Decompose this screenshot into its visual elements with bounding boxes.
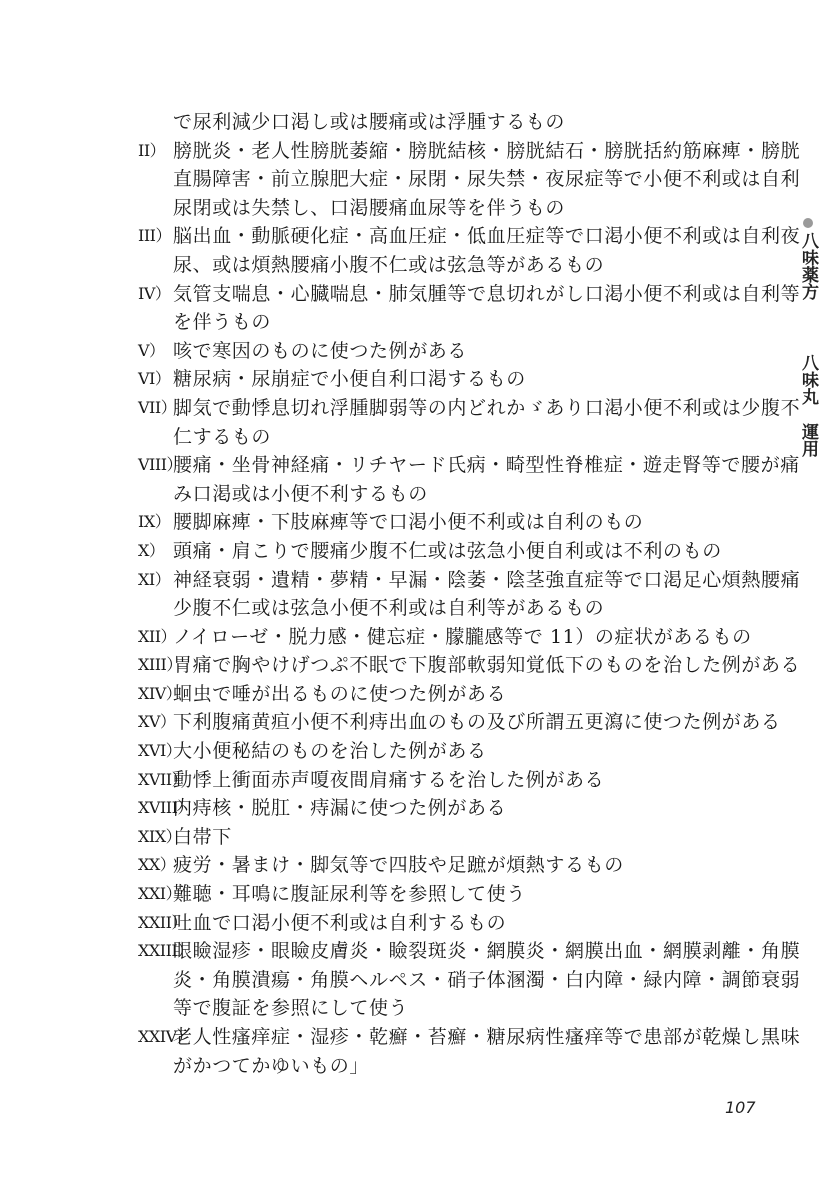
item-text-line: 老人性瘙痒症・湿疹・乾癬・苔癬・糖尿病性瘙痒等で患部が乾燥し黒味 xyxy=(173,1023,758,1052)
item-text-line: で尿利減少口渇し或は腰痛或は浮腫するもの xyxy=(173,108,758,137)
item-number: XII） xyxy=(138,623,173,652)
item-number: III） xyxy=(138,222,173,251)
list-item: XIII） 胃痛で胸やけげつぷ不眠で下腹部軟弱知覚低下のものを治した例がある xyxy=(138,651,758,680)
list-item: XXII） 吐血で口渇小便不利或は自利するもの xyxy=(138,909,758,938)
item-text-line: 少腹不仁或は弦急小便不利或は自利等があるもの xyxy=(173,594,758,623)
item-text-line: 内痔核・脱肛・痔漏に使つた例がある xyxy=(173,794,758,823)
item-text-line: 頭痛・肩こりで腰痛少腹不仁或は弦急小便自利或は不利のもの xyxy=(173,537,758,566)
item-number: XVII） xyxy=(138,766,173,795)
list-item: XIV） 蛔虫で唾が出るものに使つた例がある xyxy=(138,680,758,709)
item-number: V） xyxy=(138,337,173,366)
item-number: XVI） xyxy=(138,737,173,766)
item-text-line: み口渇或は小便不利するもの xyxy=(173,480,758,509)
bullet-dot-icon xyxy=(803,218,813,228)
item-text-line: がかつてかゆいもの」 xyxy=(173,1052,758,1081)
page-number: 107 xyxy=(725,1098,756,1117)
list-item: XIX） 白帯下 xyxy=(138,823,758,852)
list-item: XVIII） 内痔核・脱肛・痔漏に使つた例がある xyxy=(138,794,758,823)
item-number: XX） xyxy=(138,851,173,880)
item-text-line: 疲労・暑まけ・脚気等で四肢や足蹠が煩熱するもの xyxy=(173,851,758,880)
item-text-line: 腰痛・坐骨神経痛・リチヤード氏病・畸型性脊椎症・遊走腎等で腰が痛 xyxy=(173,451,758,480)
item-text-line: 神経衰弱・遺精・夢精・早漏・陰萎・陰茎強直症等で口渇足心煩熱腰痛 xyxy=(173,566,758,595)
item-number: XIV） xyxy=(138,680,173,709)
chapter-side-tab: 八味薬方 八味丸 運用 xyxy=(796,218,820,457)
item-text-line: 難聴・耳鳴に腹証尿利等を参照して使う xyxy=(173,880,758,909)
subsection-label: 運用 xyxy=(796,423,820,457)
item-text-line: 脳出血・動脈硬化症・高血圧症・低血圧症等で口渇小便不利或は自利夜 xyxy=(173,222,758,251)
item-number: XIII） xyxy=(138,651,173,680)
list-item: X） 頭痛・肩こりで腰痛少腹不仁或は弦急小便自利或は不利のもの xyxy=(138,537,758,566)
item-text-line: 咳で寒因のものに使つた例がある xyxy=(173,337,758,366)
subsection-title: 八味丸 xyxy=(796,354,820,405)
item-text-line: 尿、或は煩熱腰痛小腹不仁或は弦急等があるもの xyxy=(173,251,758,280)
item-text-line: 気管支喘息・心臓喘息・肺気腫等で息切れがし口渇小便不利或は自利等 xyxy=(173,280,758,309)
item-text-line: 眼瞼湿疹・眼瞼皮膚炎・瞼裂斑炎・網膜炎・網膜出血・網膜剥離・角膜 xyxy=(173,937,758,966)
item-number: II） xyxy=(138,137,173,166)
list-item: II） 膀胱炎・老人性膀胱萎縮・膀胱結核・膀胱結石・膀胱括約筋麻痺・膀胱 直腸障… xyxy=(138,137,758,223)
item-text-line: 糖尿病・尿崩症で小便自利口渇するもの xyxy=(173,365,758,394)
item-number: XVIII） xyxy=(138,794,173,823)
list-item: XXIII） 眼瞼湿疹・眼瞼皮膚炎・瞼裂斑炎・網膜炎・網膜出血・網膜剥離・角膜 … xyxy=(138,937,758,1023)
list-item: XVI） 大小便秘結のものを治した例がある xyxy=(138,737,758,766)
list-item: XVII） 動悸上衝面赤声嗄夜間肩痛するを治した例がある xyxy=(138,766,758,795)
list-item: IX） 腰脚麻痺・下肢麻痺等で口渇小便不利或は自利のもの xyxy=(138,508,758,537)
item-number: IV） xyxy=(138,280,173,309)
item-number: XXI） xyxy=(138,880,173,909)
list-item: XXI） 難聴・耳鳴に腹証尿利等を参照して使う xyxy=(138,880,758,909)
item-number: VII） xyxy=(138,394,173,423)
list-item: IV） 気管支喘息・心臓喘息・肺気腫等で息切れがし口渇小便不利或は自利等 を伴う… xyxy=(138,280,758,337)
list-item: XII） ノイローゼ・脱力感・健忘症・朦朧感等で 11）の症状があるもの xyxy=(138,623,758,652)
item-text-line: 等で腹証を参照にして使う xyxy=(173,994,758,1023)
item-number: XXII） xyxy=(138,909,173,938)
item-number: XXIII） xyxy=(138,937,173,966)
list-item: XI） 神経衰弱・遺精・夢精・早漏・陰萎・陰茎強直症等で口渇足心煩熱腰痛 少腹不… xyxy=(138,566,758,623)
list-item: XV） 下利腹痛黄疸小便不利痔出血のもの及び所謂五更瀉に使つた例がある xyxy=(138,708,758,737)
item-number: XV） xyxy=(138,708,173,737)
list-item: XXIV） 老人性瘙痒症・湿疹・乾癬・苔癬・糖尿病性瘙痒等で患部が乾燥し黒味 が… xyxy=(138,1023,758,1080)
item-text-line: 尿閉或は失禁し、口渇腰痛血尿等を伴うもの xyxy=(173,194,758,223)
item-text-line: 直腸障害・前立腺肥大症・尿閉・尿失禁・夜尿症等で小便不利或は自利 xyxy=(173,165,758,194)
page-body: で尿利減少口渇し或は腰痛或は浮腫するもの II） 膀胱炎・老人性膀胱萎縮・膀胱結… xyxy=(138,108,758,1080)
item-text-line: 膀胱炎・老人性膀胱萎縮・膀胱結核・膀胱結石・膀胱括約筋麻痺・膀胱 xyxy=(173,137,758,166)
list-item: XX） 疲労・暑まけ・脚気等で四肢や足蹠が煩熱するもの xyxy=(138,851,758,880)
item-text-line: 吐血で口渇小便不利或は自利するもの xyxy=(173,909,758,938)
section-title: 八味薬方 xyxy=(796,232,820,300)
item-number: XXIV） xyxy=(138,1023,173,1052)
list-item: VII） 脚気で動悸息切れ浮腫脚弱等の内どれかゞあり口渇小便不利或は少腹不 仁す… xyxy=(138,394,758,451)
list-item: III） 脳出血・動脈硬化症・高血圧症・低血圧症等で口渇小便不利或は自利夜 尿、… xyxy=(138,222,758,279)
item-text-line: 動悸上衝面赤声嗄夜間肩痛するを治した例がある xyxy=(173,766,758,795)
item-number: X） xyxy=(138,537,173,566)
item-text-line: 脚気で動悸息切れ浮腫脚弱等の内どれかゞあり口渇小便不利或は少腹不 xyxy=(173,394,758,423)
item-number: IX） xyxy=(138,508,173,537)
item-text-line: 蛔虫で唾が出るものに使つた例がある xyxy=(173,680,758,709)
list-item: で尿利減少口渇し或は腰痛或は浮腫するもの xyxy=(138,108,758,137)
item-number: VI） xyxy=(138,365,173,394)
item-text-line: 胃痛で胸やけげつぷ不眠で下腹部軟弱知覚低下のものを治した例がある xyxy=(173,651,758,680)
item-text-line: 炎・角膜潰瘍・角膜ヘルペス・硝子体溷濁・白内障・緑内障・調節衰弱 xyxy=(173,966,758,995)
item-text-line: を伴うもの xyxy=(173,308,758,337)
item-text-line: 大小便秘結のものを治した例がある xyxy=(173,737,758,766)
item-number: XIX） xyxy=(138,823,173,852)
item-number: VIII） xyxy=(138,451,173,480)
item-text-line: 腰脚麻痺・下肢麻痺等で口渇小便不利或は自利のもの xyxy=(173,508,758,537)
item-text-line: ノイローゼ・脱力感・健忘症・朦朧感等で 11）の症状があるもの xyxy=(173,623,758,652)
item-text-line: 下利腹痛黄疸小便不利痔出血のもの及び所謂五更瀉に使つた例がある xyxy=(173,708,758,737)
list-item: VIII） 腰痛・坐骨神経痛・リチヤード氏病・畸型性脊椎症・遊走腎等で腰が痛 み… xyxy=(138,451,758,508)
item-text-line: 仁するもの xyxy=(173,423,758,452)
list-item: V） 咳で寒因のものに使つた例がある xyxy=(138,337,758,366)
item-number: XI） xyxy=(138,566,173,595)
item-text-line: 白帯下 xyxy=(173,823,758,852)
list-item: VI） 糖尿病・尿崩症で小便自利口渇するもの xyxy=(138,365,758,394)
